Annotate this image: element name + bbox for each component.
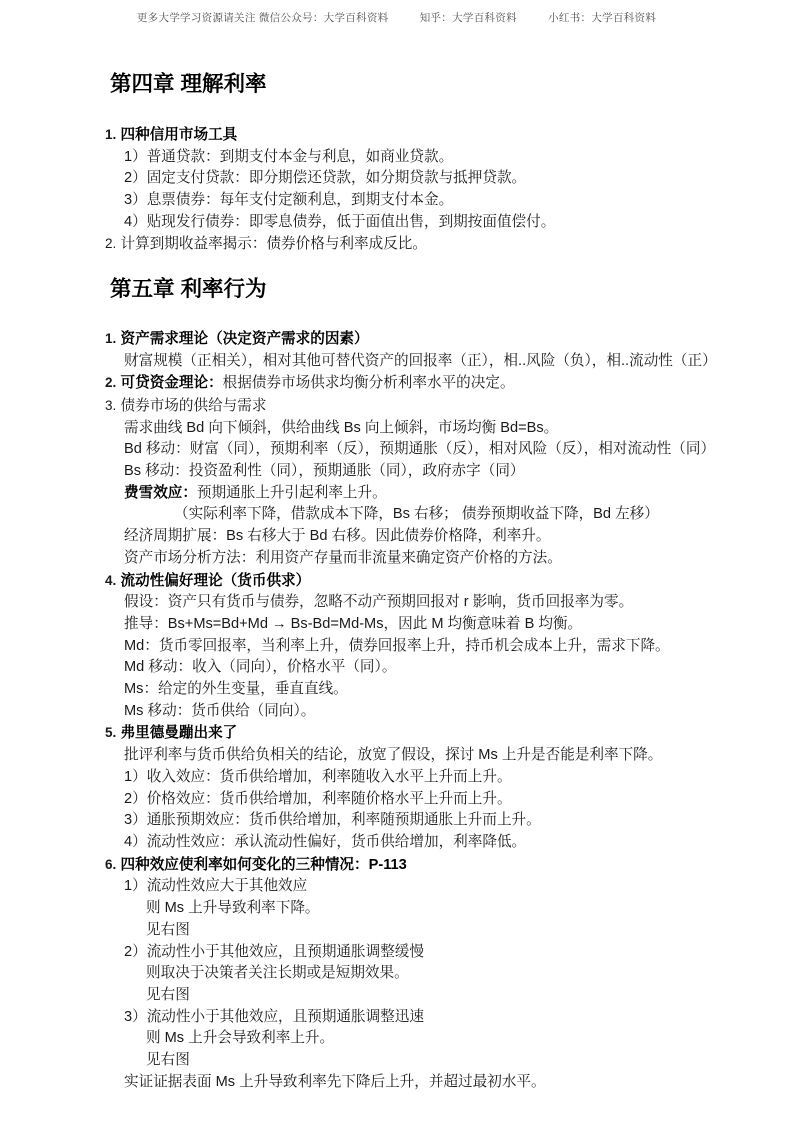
list-number: 5. xyxy=(105,722,121,744)
text-line: 2）固定支付贷款：即分期偿还贷款，如分期贷款与抵押贷款。 xyxy=(124,168,723,190)
list-number: 1. xyxy=(105,124,121,146)
bold-heading-text: 弗里德曼蹦出来了 xyxy=(121,725,238,741)
line-text: 需求曲线 Bd 向下倾斜，供给曲线 Bs 向上倾斜，市场均衡 Bd=Bs。 xyxy=(124,418,558,440)
text-line: 见右图 xyxy=(146,920,723,942)
line-text: 3）通胀预期效应：货币供给增加，利率随预期通胀上升而上升。 xyxy=(124,810,541,832)
text-line: Ms：给定的外生变量，垂直直线。 xyxy=(124,679,723,701)
text-line: 2）流动性小于其他效应，且预期通胀调整缓慢 xyxy=(124,942,723,964)
line-text: 推导：Bs+Ms=Bd+Md → Bs-Bd=Md-Ms，因此 M 均衡意味着 … xyxy=(124,614,582,636)
text-line: 4）流动性效应：承认流动性偏好，货币供给增加，利率降低。 xyxy=(124,832,723,854)
header-xiaohongshu-text: 小红书：大学百科资料 xyxy=(548,12,656,24)
text-line: Md 移动：收入（同向），价格水平（同）。 xyxy=(124,657,723,679)
page-header: 更多大学学习资源请关注 微信公众号：大学百科资料 知乎：大学百科资料 小红书：大… xyxy=(0,0,793,25)
line-text: 1）普通贷款：到期支付本金与利息，如商业贷款。 xyxy=(124,147,453,169)
bold-heading-text: 费雪效应： xyxy=(124,485,197,501)
line-text: Md 移动：收入（同向），价格水平（同）。 xyxy=(124,657,396,679)
numbered-list-item: 1.资产需求理论（决定资产需求的因素） xyxy=(105,328,723,351)
text-line: 见右图 xyxy=(146,1050,723,1072)
line-text: 资产需求理论（决定资产需求的因素） xyxy=(121,329,369,351)
line-text: 4）流动性效应：承认流动性偏好，货币供给增加，利率降低。 xyxy=(124,832,526,854)
text-line: 3）流动性小于其他效应，且预期通胀调整迅速 xyxy=(124,1007,723,1029)
line-text: 2）固定支付贷款：即分期偿还贷款，如分期贷款与抵押贷款。 xyxy=(124,168,526,190)
text-line: 推导：Bs+Ms=Bd+Md → Bs-Bd=Md-Ms，因此 M 均衡意味着 … xyxy=(124,614,723,636)
numbered-list-item: 4.流动性偏好理论（货币供求） xyxy=(105,570,723,593)
numbered-list-item: 6.四种效应使利率如何变化的三种情况：P-113 xyxy=(105,854,723,877)
list-number: 3. xyxy=(105,395,121,417)
numbered-list-item: 3.债券市场的供给与需求 xyxy=(105,395,723,418)
text-line: 则 Ms 上升导致利率下降。 xyxy=(146,898,723,920)
text-line: 则 Ms 上升会导致利率上升。 xyxy=(146,1028,723,1050)
text-line: Md：货币零回报率，当利率上升，债券回报率上升，持币机会成本上升，需求下降。 xyxy=(124,636,723,658)
numbered-list-item: 1.四种信用市场工具 xyxy=(105,124,723,147)
text-line: Bd 移动：财富（同），预期利率（反），预期通胀（反），相对风险（反），相对流动… xyxy=(124,439,723,461)
line-text: 四种效应使利率如何变化的三种情况：P-113 xyxy=(121,855,407,877)
text-line: 批评利率与货币供给负相关的结论，放宽了假设，探讨 Ms 上升是否能是利率下降。 xyxy=(124,745,723,767)
text-line: Bs 移动：投资盈利性（同），预期通胀（同），政府赤字（同） xyxy=(124,461,723,483)
line-text: 2）流动性小于其他效应，且预期通胀调整缓慢 xyxy=(124,942,424,964)
line-text: 费雪效应：预期通胀上升引起利率上升。 xyxy=(124,483,387,505)
line-text: （实际利率下降，借款成本下降，Bs 右移； 债券预期收益下降，Bd 左移） xyxy=(174,504,659,526)
line-text: Ms 移动：货币供给（同向）。 xyxy=(124,701,315,723)
line-text: 计算到期收益率揭示：债券价格与利率成反比。 xyxy=(121,234,427,256)
line-text: 则取决于决策者关注长期或是短期效果。 xyxy=(146,963,409,985)
text-line: （实际利率下降，借款成本下降，Bs 右移； 债券预期收益下降，Bd 左移） xyxy=(174,504,723,526)
line-text: 弗里德曼蹦出来了 xyxy=(121,723,238,745)
header-zhihu-text: 知乎：大学百科资料 xyxy=(420,12,517,24)
line-text: 见右图 xyxy=(146,1050,190,1072)
line-text: 1）流动性效应大于其他效应 xyxy=(124,876,307,898)
list-number: 6. xyxy=(105,854,121,876)
text-line: 资产市场分析方法：利用资产存量而非流量来确定资产价格的方法。 xyxy=(124,548,723,570)
bold-heading-text: 可贷资金理论： xyxy=(121,375,223,391)
text-line: Ms 移动：货币供给（同向）。 xyxy=(124,701,723,723)
line-text: 4）贴现发行债券：即零息债券，低于面值出售，到期按面值偿付。 xyxy=(124,212,555,234)
document-body: 第四章 理解利率1.四种信用市场工具1）普通贷款：到期支付本金与利息，如商业贷款… xyxy=(0,72,793,1093)
line-text: 实证证据表面 Ms 上升导致利率先下降后上升，并超过最初水平。 xyxy=(124,1072,546,1094)
text-line: 实证证据表面 Ms 上升导致利率先下降后上升，并超过最初水平。 xyxy=(124,1072,723,1094)
text-line: 假设：资产只有货币与债券，忽略不动产预期回报对 r 影响，货币回报率为零。 xyxy=(124,592,723,614)
line-text: 则 Ms 上升导致利率下降。 xyxy=(146,898,320,920)
line-text: 四种信用市场工具 xyxy=(121,125,238,147)
text-line: 2）价格效应：货币供给增加，利率随价格水平上升而上升。 xyxy=(124,789,723,811)
text-line: 1）收入效应：货币供给增加，利率随收入水平上升而上升。 xyxy=(124,767,723,789)
line-text: Ms：给定的外生变量，垂直直线。 xyxy=(124,679,348,701)
document-page: 更多大学学习资源请关注 微信公众号：大学百科资料 知乎：大学百科资料 小红书：大… xyxy=(0,0,793,1122)
line-text: Bd 移动：财富（同），预期利率（反），预期通胀（反），相对风险（反），相对流动… xyxy=(124,439,715,461)
line-text: 财富规模（正相关），相对其他可替代资产的回报率（正），相..风险（负），相..流… xyxy=(124,351,717,373)
line-text: 见右图 xyxy=(146,985,190,1007)
text-line: 需求曲线 Bd 向下倾斜，供给曲线 Bs 向上倾斜，市场均衡 Bd=Bs。 xyxy=(124,418,723,440)
line-text: Md：货币零回报率，当利率上升，债券回报率上升，持币机会成本上升，需求下降。 xyxy=(124,636,670,658)
bold-heading-text: 资产需求理论（决定资产需求的因素） xyxy=(121,331,369,347)
list-number: 1. xyxy=(105,328,121,350)
chapter-title: 第五章 利率行为 xyxy=(110,277,723,303)
bold-heading-text: 流动性偏好理论（货币供求） xyxy=(121,573,311,589)
line-text: 批评利率与货币供给负相关的结论，放宽了假设，探讨 Ms 上升是否能是利率下降。 xyxy=(124,745,662,767)
text-line: 经济周期扩展：Bs 右移大于 Bd 右移。因此债券价格降，利率升。 xyxy=(124,526,723,548)
text-line: 4）贴现发行债券：即零息债券，低于面值出售，到期按面值偿付。 xyxy=(124,212,723,234)
line-text: 假设：资产只有货币与债券，忽略不动产预期回报对 r 影响，货币回报率为零。 xyxy=(124,592,633,614)
line-text: 3）息票债券：每年支付定额利息，到期支付本金。 xyxy=(124,190,453,212)
chapter-title: 第四章 理解利率 xyxy=(110,72,723,98)
line-text: 经济周期扩展：Bs 右移大于 Bd 右移。因此债券价格降，利率升。 xyxy=(124,526,551,548)
line-text: 债券市场的供给与需求 xyxy=(121,396,267,418)
text-line: 财富规模（正相关），相对其他可替代资产的回报率（正），相..风险（负），相..流… xyxy=(124,351,723,373)
text-line: 1）流动性效应大于其他效应 xyxy=(124,876,723,898)
text-line: 费雪效应：预期通胀上升引起利率上升。 xyxy=(124,483,723,505)
header-promo-text: 更多大学学习资源请关注 微信公众号：大学百科资料 xyxy=(137,12,389,24)
line-text: 可贷资金理论：根据债券市场供求均衡分析利率水平的决定。 xyxy=(121,373,515,395)
list-number: 2. xyxy=(105,233,121,255)
line-text: 3）流动性小于其他效应，且预期通胀调整迅速 xyxy=(124,1007,424,1029)
text-line: 见右图 xyxy=(146,985,723,1007)
line-text: 流动性偏好理论（货币供求） xyxy=(121,571,311,593)
line-text: 2）价格效应：货币供给增加，利率随价格水平上升而上升。 xyxy=(124,789,512,811)
numbered-list-item: 2.计算到期收益率揭示：债券价格与利率成反比。 xyxy=(105,233,723,256)
line-text: 1）收入效应：货币供给增加，利率随收入水平上升而上升。 xyxy=(124,767,512,789)
text-line: 3）息票债券：每年支付定额利息，到期支付本金。 xyxy=(124,190,723,212)
line-text: 则 Ms 上升会导致利率上升。 xyxy=(146,1028,334,1050)
numbered-list-item: 5.弗里德曼蹦出来了 xyxy=(105,722,723,745)
text-line: 则取决于决策者关注长期或是短期效果。 xyxy=(146,963,723,985)
line-text: Bs 移动：投资盈利性（同），预期通胀（同），政府赤字（同） xyxy=(124,461,525,483)
text-line: 3）通胀预期效应：货币供给增加，利率随预期通胀上升而上升。 xyxy=(124,810,723,832)
bold-heading-text: 四种效应使利率如何变化的三种情况：P-113 xyxy=(121,857,407,873)
line-text: 资产市场分析方法：利用资产存量而非流量来确定资产价格的方法。 xyxy=(124,548,562,570)
text-line: 1）普通贷款：到期支付本金与利息，如商业贷款。 xyxy=(124,147,723,169)
bold-heading-text: 四种信用市场工具 xyxy=(121,127,238,143)
list-number: 2. xyxy=(105,372,121,394)
numbered-list-item: 2.可贷资金理论：根据债券市场供求均衡分析利率水平的决定。 xyxy=(105,372,723,395)
line-text: 见右图 xyxy=(146,920,190,942)
list-number: 4. xyxy=(105,570,121,592)
